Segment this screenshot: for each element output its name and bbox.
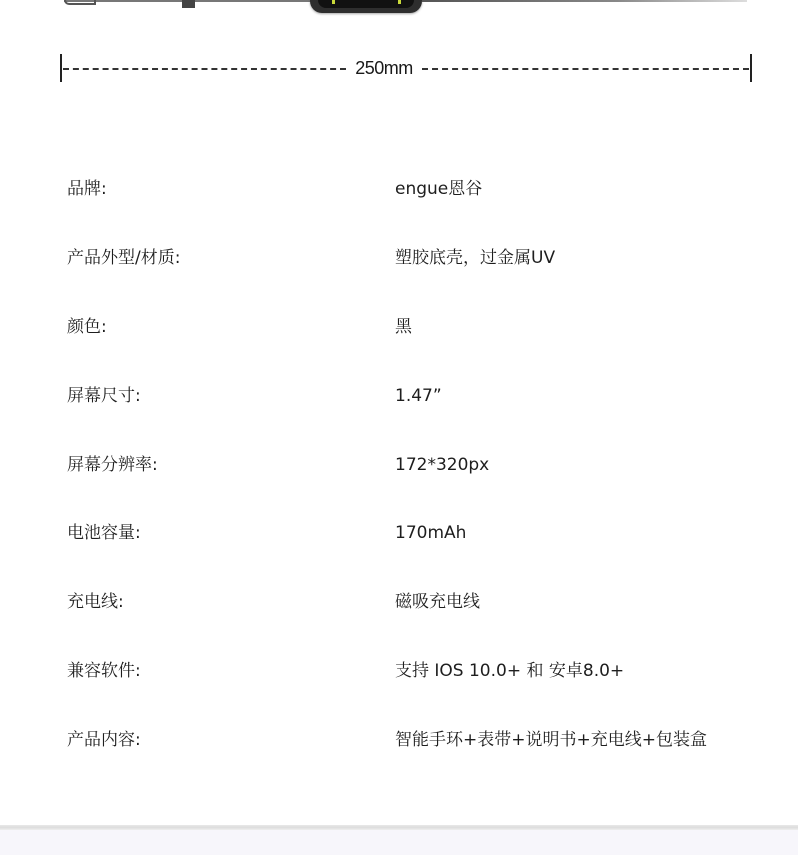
spec-table: 品牌: engue恩谷 产品外型/材质: 塑胶底壳，过金属UV 颜色: 黑 屏幕… [67, 172, 767, 792]
spec-label: 屏幕分辨率: [67, 454, 158, 476]
product-image-smart-band [0, 0, 798, 14]
strap-loop [182, 0, 195, 8]
spec-value: 支持 IOS 10.0+ 和 安卓8.0+ [395, 660, 624, 682]
spec-row-battery: 电池容量: 170mAh [67, 516, 767, 585]
spec-row-screen-size: 屏幕尺寸: 1.47” [67, 379, 767, 448]
spec-value: 智能手环+表带+说明书+充电线+包装盒 [395, 729, 707, 751]
spec-value: engue恩谷 [395, 178, 482, 200]
spec-row-material: 产品外型/材质: 塑胶底壳，过金属UV [67, 241, 767, 310]
dimension-dashed-line-left [63, 68, 346, 70]
spec-label: 电池容量: [67, 522, 141, 544]
product-spec-page: 250mm 品牌: engue恩谷 产品外型/材质: 塑胶底壳，过金属UV 颜色… [0, 0, 798, 855]
spec-label: 充电线: [67, 591, 124, 613]
spec-label: 品牌: [67, 178, 107, 200]
dimension-end-marker-left [60, 54, 62, 82]
spec-row-color: 颜色: 黑 [67, 310, 767, 379]
spec-value: 黑 [395, 316, 412, 338]
dimension-indicator: 250mm [60, 54, 752, 82]
spec-row-charger: 充电线: 磁吸充电线 [67, 585, 767, 654]
spec-row-package-contents: 产品内容: 智能手环+表带+说明书+充电线+包装盒 [67, 723, 767, 792]
spec-row-resolution: 屏幕分辨率: 172*320px [67, 448, 767, 517]
bottom-bar [0, 830, 798, 855]
dimension-label: 250mm [348, 58, 420, 78]
spec-label: 屏幕尺寸: [67, 385, 141, 407]
band-strap-right [422, 0, 747, 2]
spec-value: 1.47” [395, 385, 442, 407]
spec-label: 产品内容: [67, 729, 141, 751]
watch-body [310, 0, 422, 13]
spec-label: 颜色: [67, 316, 107, 338]
spec-row-compatibility: 兼容软件: 支持 IOS 10.0+ 和 安卓8.0+ [67, 654, 767, 723]
spec-value: 172*320px [395, 454, 489, 476]
dimension-end-marker-right [750, 54, 752, 82]
dimension-dashed-line-right [422, 68, 749, 70]
watch-screen [318, 0, 414, 8]
screen-accent-icon [398, 0, 401, 4]
spec-value: 170mAh [395, 522, 466, 544]
screen-accent-icon [332, 0, 335, 4]
spec-label: 兼容软件: [67, 660, 141, 682]
spec-label: 产品外型/材质: [67, 247, 180, 269]
spec-value: 磁吸充电线 [395, 591, 480, 613]
buckle-icon [64, 0, 96, 5]
spec-row-brand: 品牌: engue恩谷 [67, 172, 767, 241]
spec-value: 塑胶底壳，过金属UV [395, 247, 555, 269]
